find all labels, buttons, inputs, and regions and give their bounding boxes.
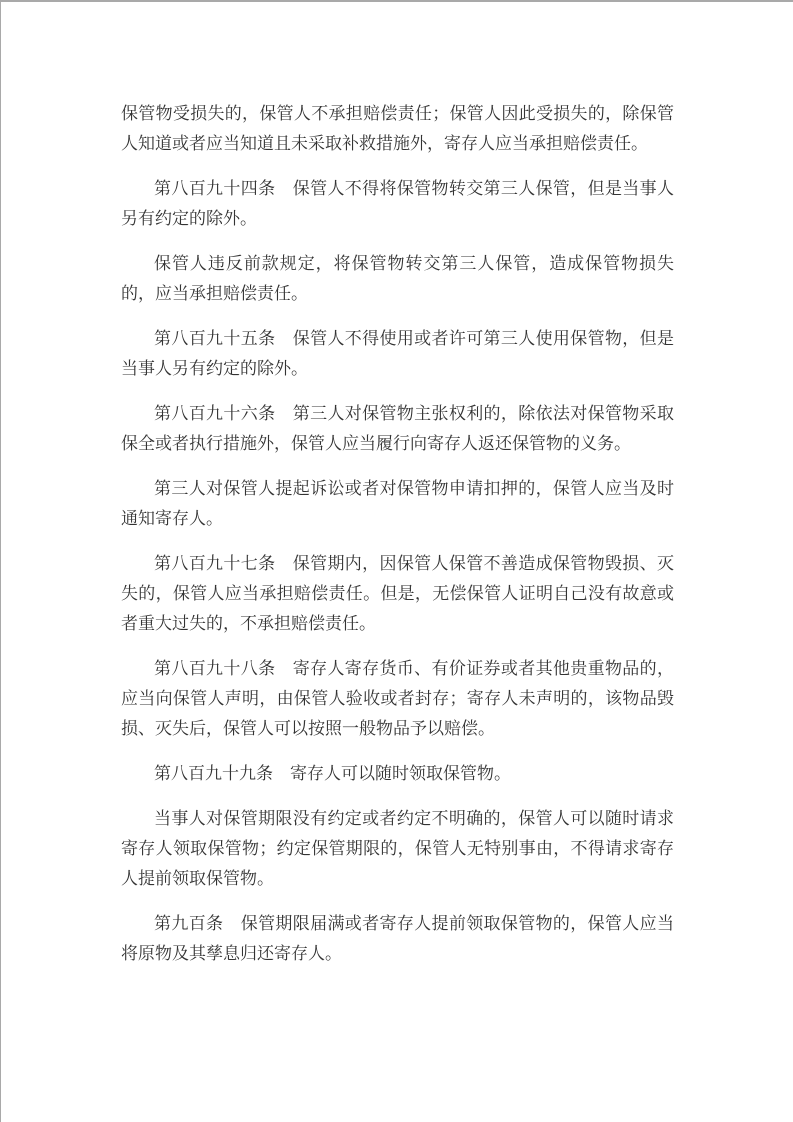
paragraph-article-900: 第九百条 保管期限届满或者寄存人提前领取保管物的，保管人应当将原物及其孳息归还寄… <box>121 909 674 969</box>
paragraph-continuation: 保管物受损失的，保管人不承担赔偿责任；保管人因此受损失的，除保管人知道或者应当知… <box>121 99 674 159</box>
paragraph-article-896-clause-2: 第三人对保管人提起诉讼或者对保管物申请扣押的，保管人应当及时通知寄存人。 <box>121 474 674 534</box>
document-body: 保管物受损失的，保管人不承担赔偿责任；保管人因此受损失的，除保管人知道或者应当知… <box>121 99 674 969</box>
paragraph-article-898: 第八百九十八条 寄存人寄存货币、有价证券或者其他贵重物品的，应当向保管人声明，由… <box>121 654 674 744</box>
paragraph-article-894-clause-2: 保管人违反前款规定，将保管物转交第三人保管，造成保管物损失的，应当承担赔偿责任。 <box>121 249 674 309</box>
paragraph-article-899: 第八百九十九条 寄存人可以随时领取保管物。 <box>121 759 674 789</box>
paragraph-article-895: 第八百九十五条 保管人不得使用或者许可第三人使用保管物，但是当事人另有约定的除外… <box>121 324 674 384</box>
paragraph-article-899-clause-2: 当事人对保管期限没有约定或者约定不明确的，保管人可以随时请求寄存人领取保管物；约… <box>121 804 674 894</box>
document-page: 保管物受损失的，保管人不承担赔偿责任；保管人因此受损失的，除保管人知道或者应当知… <box>0 0 793 1122</box>
paragraph-article-896: 第八百九十六条 第三人对保管物主张权利的，除依法对保管物采取保全或者执行措施外，… <box>121 399 674 459</box>
paragraph-article-897: 第八百九十七条 保管期内，因保管人保管不善造成保管物毁损、灭失的，保管人应当承担… <box>121 549 674 639</box>
paragraph-article-894: 第八百九十四条 保管人不得将保管物转交第三人保管，但是当事人另有约定的除外。 <box>121 174 674 234</box>
